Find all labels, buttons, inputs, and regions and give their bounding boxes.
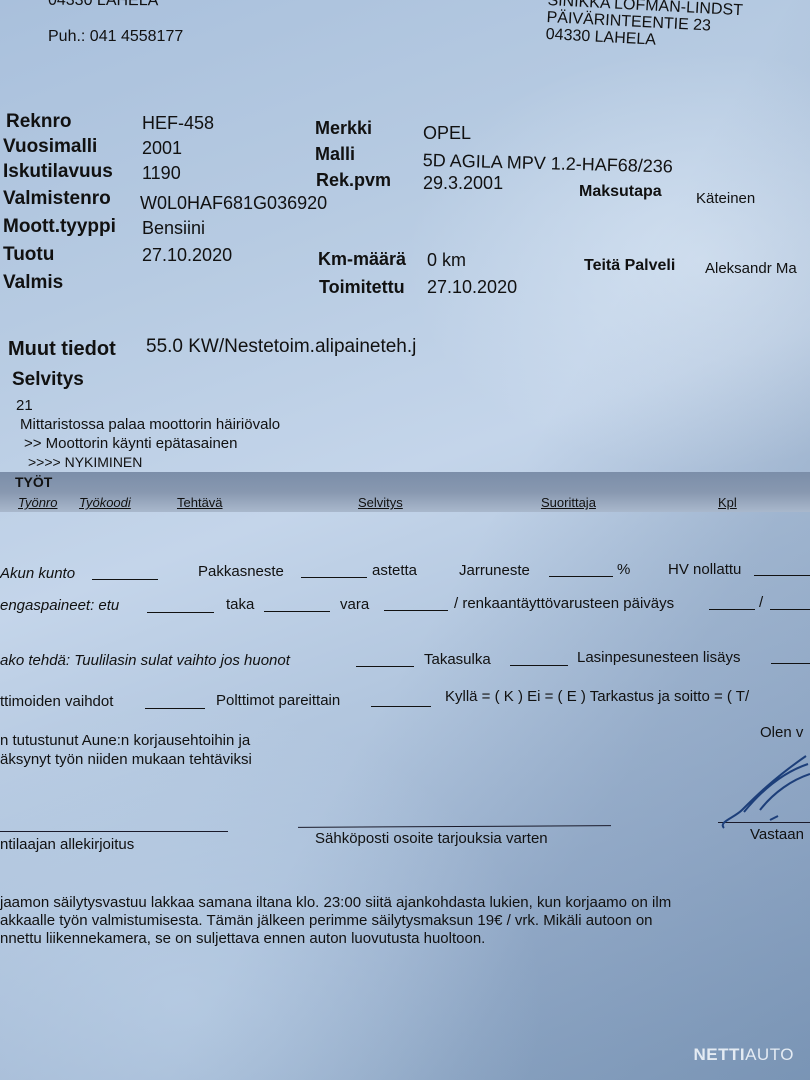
moottyyppi-label: Moott.tyyppi bbox=[3, 216, 116, 238]
toimitettu-value: 27.10.2020 bbox=[427, 277, 517, 298]
watermark-light: AUTO bbox=[745, 1045, 794, 1064]
vuosimalli-label: Vuosimalli bbox=[3, 136, 97, 158]
rengaspaineet-label: engaspaineet: etu bbox=[0, 597, 119, 614]
lasinpesu-field[interactable] bbox=[771, 649, 810, 664]
percent-label: % bbox=[617, 561, 630, 578]
customer-signature-line[interactable] bbox=[0, 831, 228, 832]
takasulka-field[interactable] bbox=[510, 651, 568, 666]
valmistenro-label: Valmistenro bbox=[3, 188, 111, 210]
reknro-label: Reknro bbox=[6, 111, 71, 133]
malli-label: Malli bbox=[315, 144, 355, 165]
muut-tiedot-label: Muut tiedot bbox=[8, 338, 116, 361]
takasulka-label: Takasulka bbox=[424, 651, 491, 668]
rekpvm-value: 29.3.2001 bbox=[423, 173, 503, 194]
notice-line-2: akkaalle työn valmistumisesta. Tämän jäl… bbox=[0, 912, 653, 929]
selvitys-label: Selvitys bbox=[12, 369, 84, 391]
email-line[interactable] bbox=[298, 825, 611, 828]
pakkasneste-field[interactable] bbox=[301, 563, 367, 578]
selvitys-line: 21 bbox=[16, 397, 33, 414]
tuotu-label: Tuotu bbox=[3, 244, 54, 266]
notice-line-1: jaamon säilytysvastuu lakkaa samana ilta… bbox=[0, 894, 671, 911]
maksutapa-value: Käteinen bbox=[696, 190, 755, 207]
selvitys-line: Mittaristossa palaa moottorin häiriövalo bbox=[20, 416, 280, 433]
recipient-block: SINIKKA LÖFMAN-LINDST PÄIVÄRINTEENTIE 23… bbox=[545, 0, 743, 53]
toimitettu-label: Toimitettu bbox=[319, 277, 405, 298]
astetta-label: astetta bbox=[372, 562, 417, 579]
km-value: 0 km bbox=[427, 250, 466, 271]
renkaan-paivays-label: / renkaantäyttövarusteen päiväys bbox=[454, 595, 674, 612]
km-label: Km-määrä bbox=[318, 249, 406, 270]
merkki-value: OPEL bbox=[423, 123, 471, 144]
iskutilavuus-value: 1190 bbox=[142, 163, 181, 184]
paivays-field-1[interactable] bbox=[709, 595, 755, 610]
notice-line-3: nnettu liikennekamera, se on suljettava … bbox=[0, 930, 485, 947]
taka-label: taka bbox=[226, 596, 254, 613]
polttimoiden-label: ttimoiden vaihdot bbox=[0, 693, 113, 710]
slash-label: / bbox=[759, 594, 763, 611]
reknro-value: HEF-458 bbox=[142, 113, 214, 134]
palveli-value: Aleksandr Ma bbox=[705, 260, 797, 277]
nettiauto-watermark: NETTIAUTO bbox=[693, 1045, 794, 1065]
rengas-vara-field[interactable] bbox=[384, 596, 448, 611]
valmis-label: Valmis bbox=[3, 272, 63, 294]
palveli-label: Teitä Palveli bbox=[584, 257, 675, 275]
saako-tehda-label: ako tehdä: Tuulilasin sulat vaihto jos h… bbox=[0, 652, 290, 669]
merkki-label: Merkki bbox=[315, 118, 372, 139]
email-label: Sähköposti osoite tarjouksia varten bbox=[315, 830, 548, 847]
customer-signature-label: ntilaajan allekirjoitus bbox=[0, 836, 134, 853]
jarruneste-label: Jarruneste bbox=[459, 562, 530, 579]
pakkasneste-label: Pakkasneste bbox=[198, 563, 284, 580]
selvitys-line: >> Moottorin käynti epätasainen bbox=[24, 435, 237, 452]
hv-nollattu-label: HV nollattu bbox=[668, 561, 741, 578]
olen-text: Olen v bbox=[760, 724, 803, 741]
maksutapa-label: Maksutapa bbox=[579, 183, 662, 201]
sender-address: 04330 LAHELA bbox=[48, 0, 158, 10]
col-kpl: Kpl bbox=[718, 495, 737, 510]
akun-kunto-label: Akun kunto bbox=[0, 565, 75, 582]
vara-label: vara bbox=[340, 596, 369, 613]
akun-kunto-field[interactable] bbox=[92, 565, 158, 580]
col-tyokoodi: Työkoodi bbox=[79, 495, 131, 510]
rekpvm-label: Rek.pvm bbox=[316, 170, 391, 191]
col-tehtava: Tehtävä bbox=[177, 495, 223, 510]
rengas-taka-field[interactable] bbox=[264, 597, 330, 612]
hv-nollattu-field[interactable] bbox=[754, 561, 810, 576]
paivays-field-2[interactable] bbox=[770, 595, 810, 610]
tuotu-value: 27.10.2020 bbox=[142, 245, 232, 266]
tyot-title: TYÖT bbox=[15, 474, 52, 490]
terms-line-2: äksynyt työn niiden mukaan tehtäviksi bbox=[0, 751, 252, 768]
valmistenro-value: W0L0HAF681G036920 bbox=[140, 193, 327, 214]
polttimoiden-field[interactable] bbox=[145, 694, 205, 709]
lasinpesu-label: Lasinpesunesteen lisäys bbox=[577, 649, 740, 666]
sender-phone: Puh.: 041 4558177 bbox=[48, 28, 183, 46]
col-suorittaja: Suorittaja bbox=[541, 495, 596, 510]
vuosimalli-value: 2001 bbox=[142, 138, 182, 159]
col-tyonro: Työnro bbox=[18, 495, 58, 510]
moottyyppi-value: Bensiini bbox=[142, 218, 205, 239]
jarruneste-field[interactable] bbox=[549, 562, 613, 577]
terms-line-1: n tutustunut Aune:n korjausehtoihin ja bbox=[0, 732, 250, 749]
tuulilasin-sulat-field[interactable] bbox=[356, 652, 414, 667]
col-selvitys: Selvitys bbox=[358, 495, 403, 510]
muut-tiedot-value: 55.0 KW/Nestetoim.alipaineteh.j bbox=[146, 336, 416, 358]
rengas-etu-field[interactable] bbox=[147, 598, 214, 613]
iskutilavuus-label: Iskutilavuus bbox=[3, 161, 113, 183]
pareittain-field[interactable] bbox=[371, 692, 431, 707]
watermark-bold: NETTI bbox=[693, 1045, 745, 1064]
selvitys-line: >>>> NYKIMINEN bbox=[28, 454, 142, 470]
pareittain-label: Polttimot pareittain bbox=[216, 692, 340, 709]
legend-text: Kyllä = ( K ) Ei = ( E ) Tarkastus ja so… bbox=[445, 688, 749, 705]
signature-scribble-icon bbox=[714, 750, 810, 832]
